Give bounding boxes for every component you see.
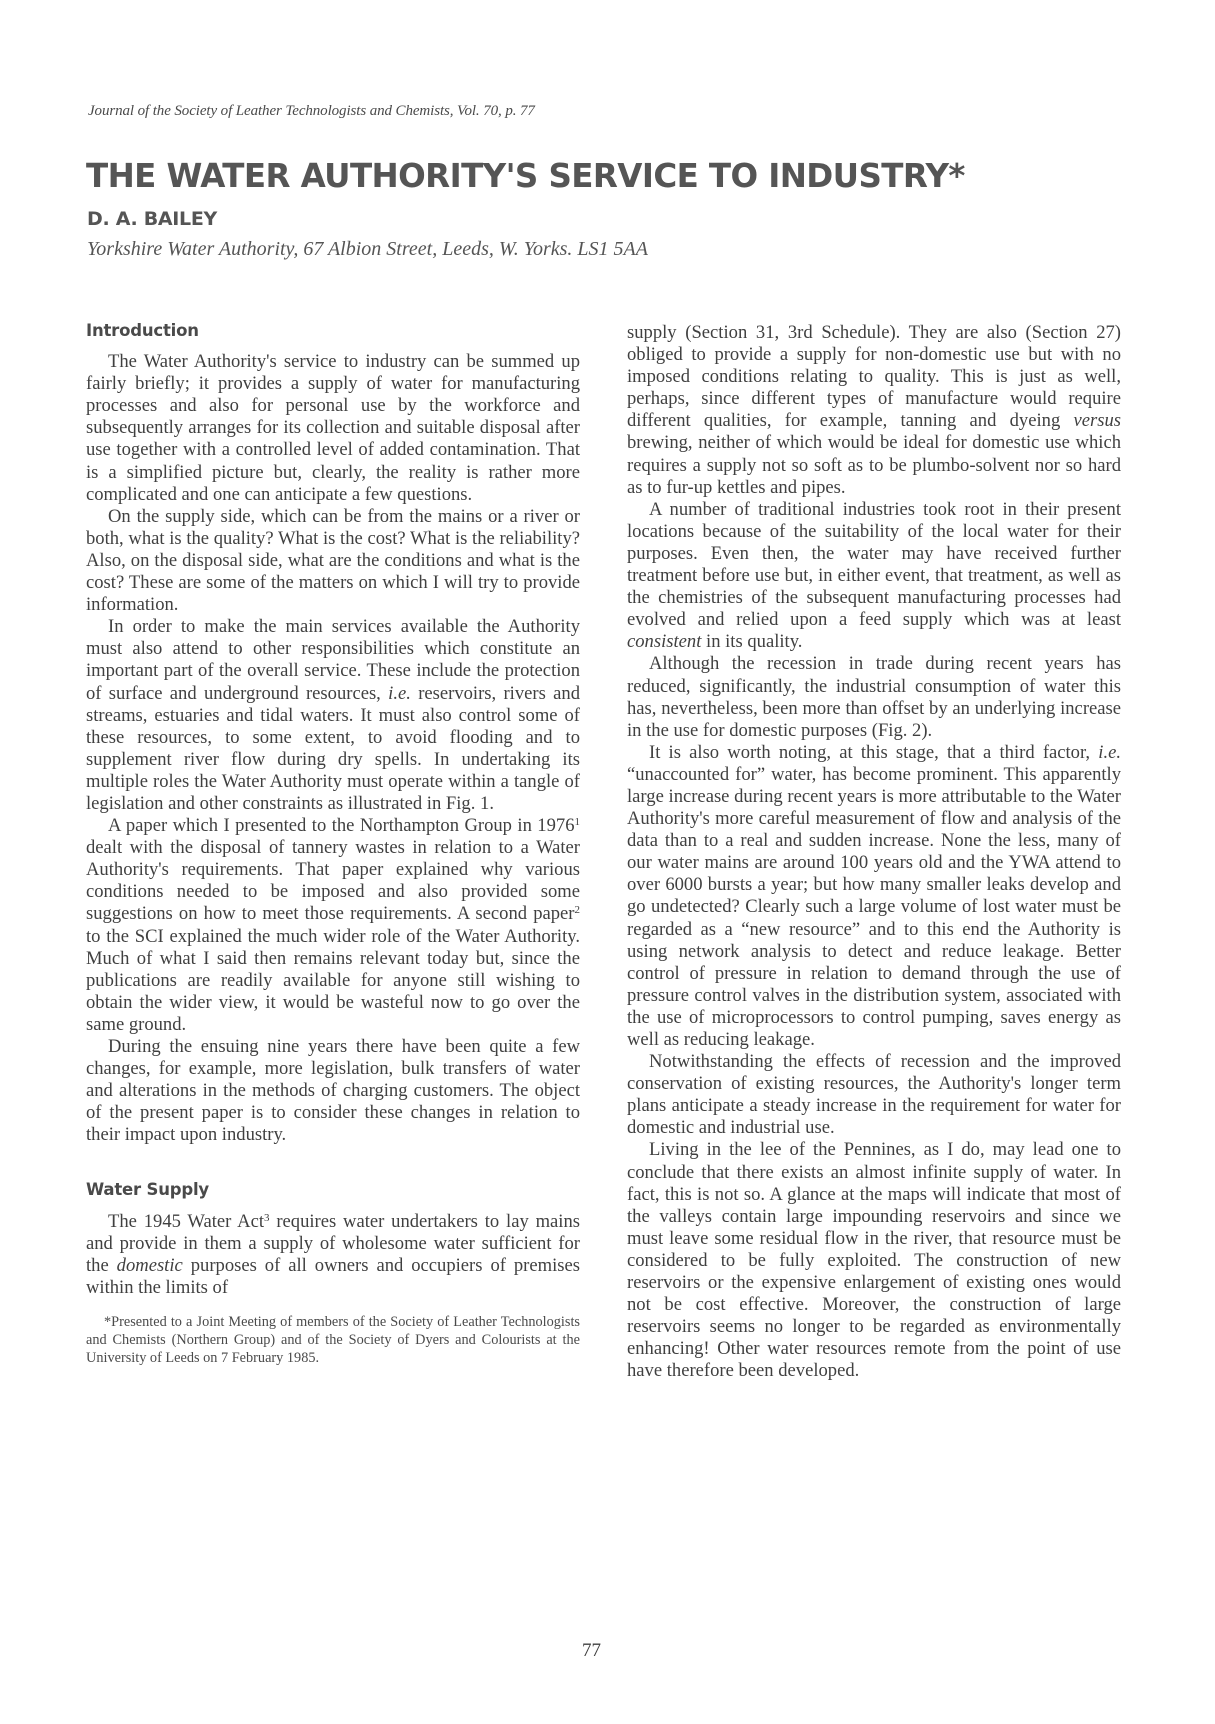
article-title: THE WATER AUTHORITY'S SERVICE TO INDUSTR… [86,157,965,195]
italic-text: i.e. [388,683,411,704]
paragraph: supply (Section 31, 3rd Schedule). They … [627,322,1121,499]
text-run: “unaccounted for” water, has become prom… [627,764,1121,1050]
page-number: 77 [582,1640,601,1662]
paragraph: Notwithstanding the effects of recession… [627,1051,1121,1139]
italic-text: consistent [627,631,701,652]
paragraph: The 1945 Water Act3 requires water under… [86,1211,580,1299]
text-run: It is also worth noting, at this stage, … [649,742,1098,763]
right-column: supply (Section 31, 3rd Schedule). They … [627,322,1121,1383]
paragraph: Living in the lee of the Pennines, as I … [627,1139,1121,1382]
journal-citation: Journal of the Society of Leather Techno… [88,103,535,120]
paragraph: In order to make the main services avail… [86,616,580,815]
italic-text: i.e. [1098,742,1121,763]
paragraph: The Water Authority's service to industr… [86,351,580,506]
italic-text: versus [1073,410,1121,431]
text-run: A paper which I presented to the Northam… [108,815,575,836]
paragraph: On the supply side, which can be from th… [86,506,580,616]
text-run: The 1945 Water Act [108,1211,264,1232]
text-run: to the SCI explained the much wider role… [86,926,580,1035]
paragraph: Although the recession in trade during r… [627,653,1121,741]
text-run: dealt with the disposal of tannery waste… [86,837,580,924]
text-run: supply (Section 31, 3rd Schedule). They … [627,322,1121,431]
text-run: in its quality. [701,631,802,652]
section-heading-introduction: Introduction [86,320,580,342]
author-name: D. A. BAILEY [87,208,217,230]
italic-text: domestic [117,1255,183,1276]
left-column: Introduction The Water Authority's servi… [86,320,580,1367]
text-run: A number of traditional industries took … [627,499,1121,630]
author-affiliation: Yorkshire Water Authority, 67 Albion Str… [87,238,648,261]
section-heading-water-supply: Water Supply [86,1179,580,1201]
paragraph: A paper which I presented to the Northam… [86,815,580,1036]
reference-superscript: 2 [575,904,581,916]
footnote: *Presented to a Joint Meeting of members… [86,1313,580,1367]
reference-superscript: 1 [575,816,581,828]
text-run: brewing, neither of which would be ideal… [627,432,1121,497]
paragraph: A number of traditional industries took … [627,499,1121,654]
paragraph: It is also worth noting, at this stage, … [627,742,1121,1051]
paragraph: During the ensuing nine years there have… [86,1036,580,1146]
